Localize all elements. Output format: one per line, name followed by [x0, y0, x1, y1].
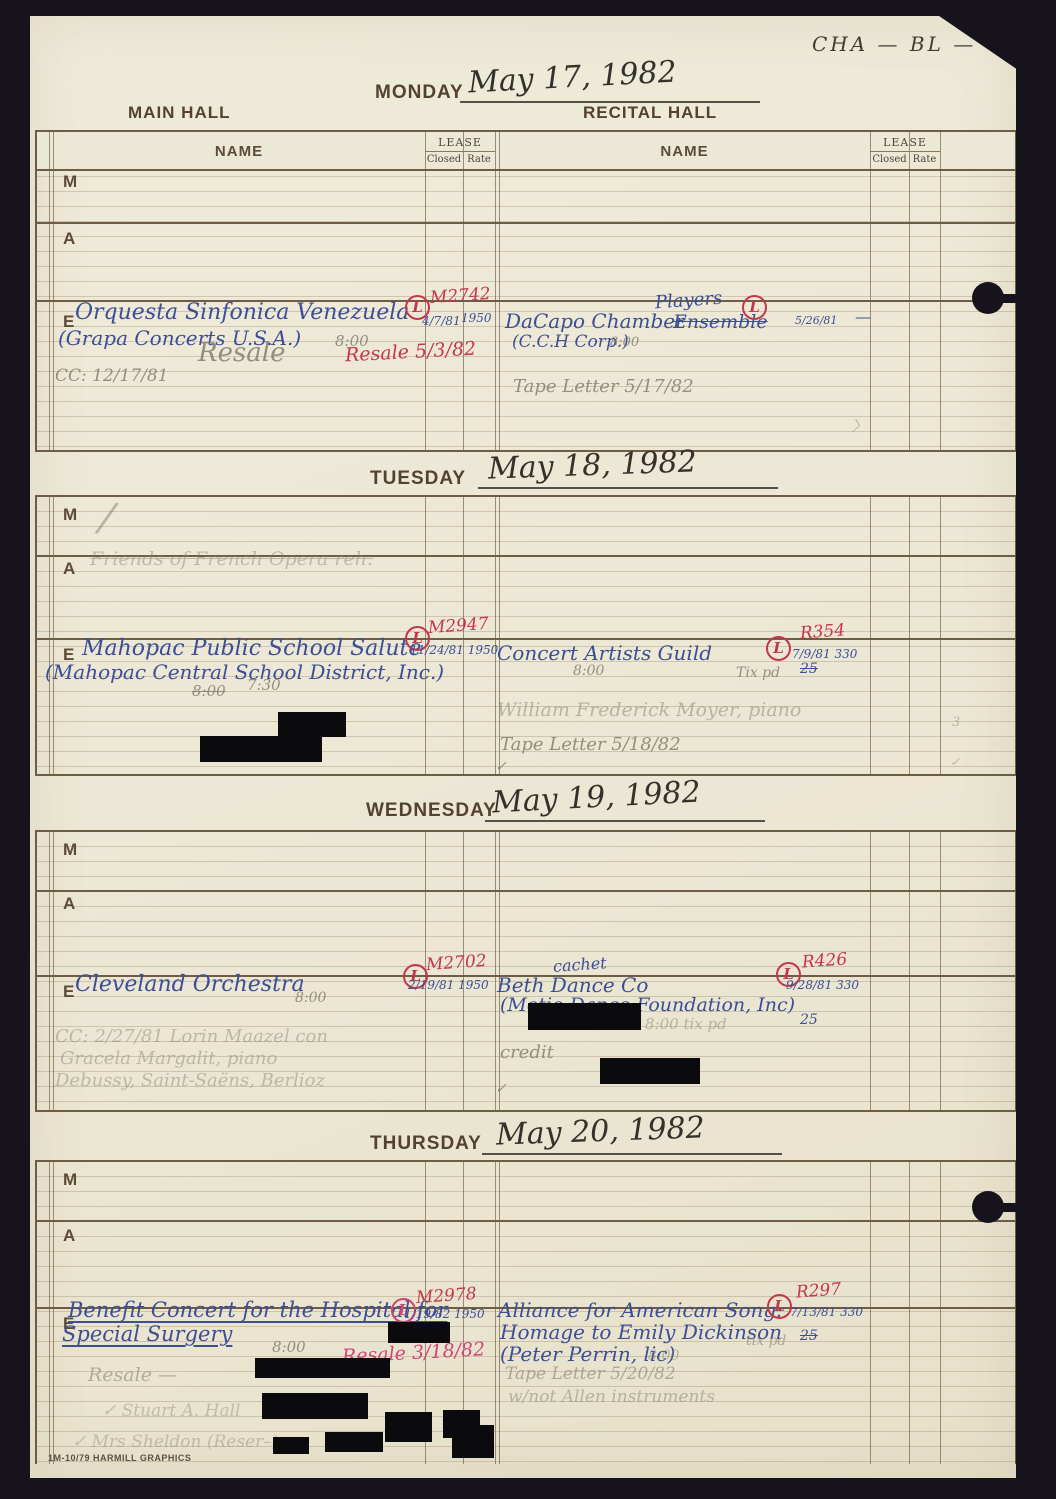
- ledger-page: CHA — BL — V. 27 — 078 MONDAY May 17, 19…: [30, 16, 1016, 1478]
- day-label-wednesday: WEDNESDAY: [366, 800, 497, 822]
- recital-closed-header: Closed: [870, 154, 909, 165]
- schedule-grid-tuesday: M A E: [35, 495, 1017, 776]
- day-date-monday: May 17, 1982: [467, 55, 677, 101]
- scan-background: { "archive_code": "CHA — BL — V. 27 — 07…: [0, 0, 1056, 1499]
- day-date-tuesday: May 18, 1982: [487, 444, 697, 486]
- recital-rate-header: Rate: [909, 154, 940, 165]
- schedule-grid-monday: NAME LEASE Closed Rate NAME LEASE Closed…: [35, 130, 1017, 452]
- recital-name-column-header: NAME: [499, 143, 870, 160]
- day-label-thursday: THURSDAY: [370, 1133, 482, 1155]
- row-label-afternoon: A: [63, 894, 75, 914]
- row-label-afternoon: A: [63, 1226, 75, 1246]
- main-lease-header: LEASE: [425, 136, 495, 149]
- row-label-morning: M: [63, 1170, 77, 1190]
- row-label-evening: E: [63, 312, 74, 332]
- row-label-evening: E: [63, 1314, 74, 1334]
- row-label-afternoon: A: [63, 559, 75, 579]
- row-label-evening: E: [63, 982, 74, 1002]
- day-date-wednesday: May 19, 1982: [491, 775, 701, 821]
- main-name-column-header: NAME: [53, 143, 425, 160]
- main-closed-header: Closed: [425, 154, 463, 165]
- day-label-monday: MONDAY: [375, 82, 464, 104]
- main-hall-label: MAIN HALL: [128, 103, 230, 123]
- archive-code: CHA — BL — V. 27 — 078: [812, 32, 1056, 56]
- row-label-morning: M: [63, 840, 77, 860]
- date-underline: [485, 820, 765, 822]
- recital-hall-label: RECITAL HALL: [583, 103, 717, 123]
- row-label-evening: E: [63, 645, 74, 665]
- main-rate-header: Rate: [463, 154, 495, 165]
- row-label-afternoon: A: [63, 229, 75, 249]
- schedule-grid-thursday: M A E: [35, 1160, 1017, 1464]
- date-underline: [482, 1153, 782, 1155]
- day-label-tuesday: TUESDAY: [370, 468, 466, 490]
- schedule-grid-wednesday: M A E: [35, 830, 1017, 1112]
- printer-credit: 1M-10/79 HARMILL GRAPHICS: [48, 1453, 191, 1463]
- recital-lease-header: LEASE: [870, 136, 940, 149]
- date-underline: [478, 487, 778, 489]
- row-label-morning: M: [63, 505, 77, 525]
- day-date-thursday: May 20, 1982: [495, 1110, 705, 1152]
- row-label-morning: M: [63, 172, 77, 192]
